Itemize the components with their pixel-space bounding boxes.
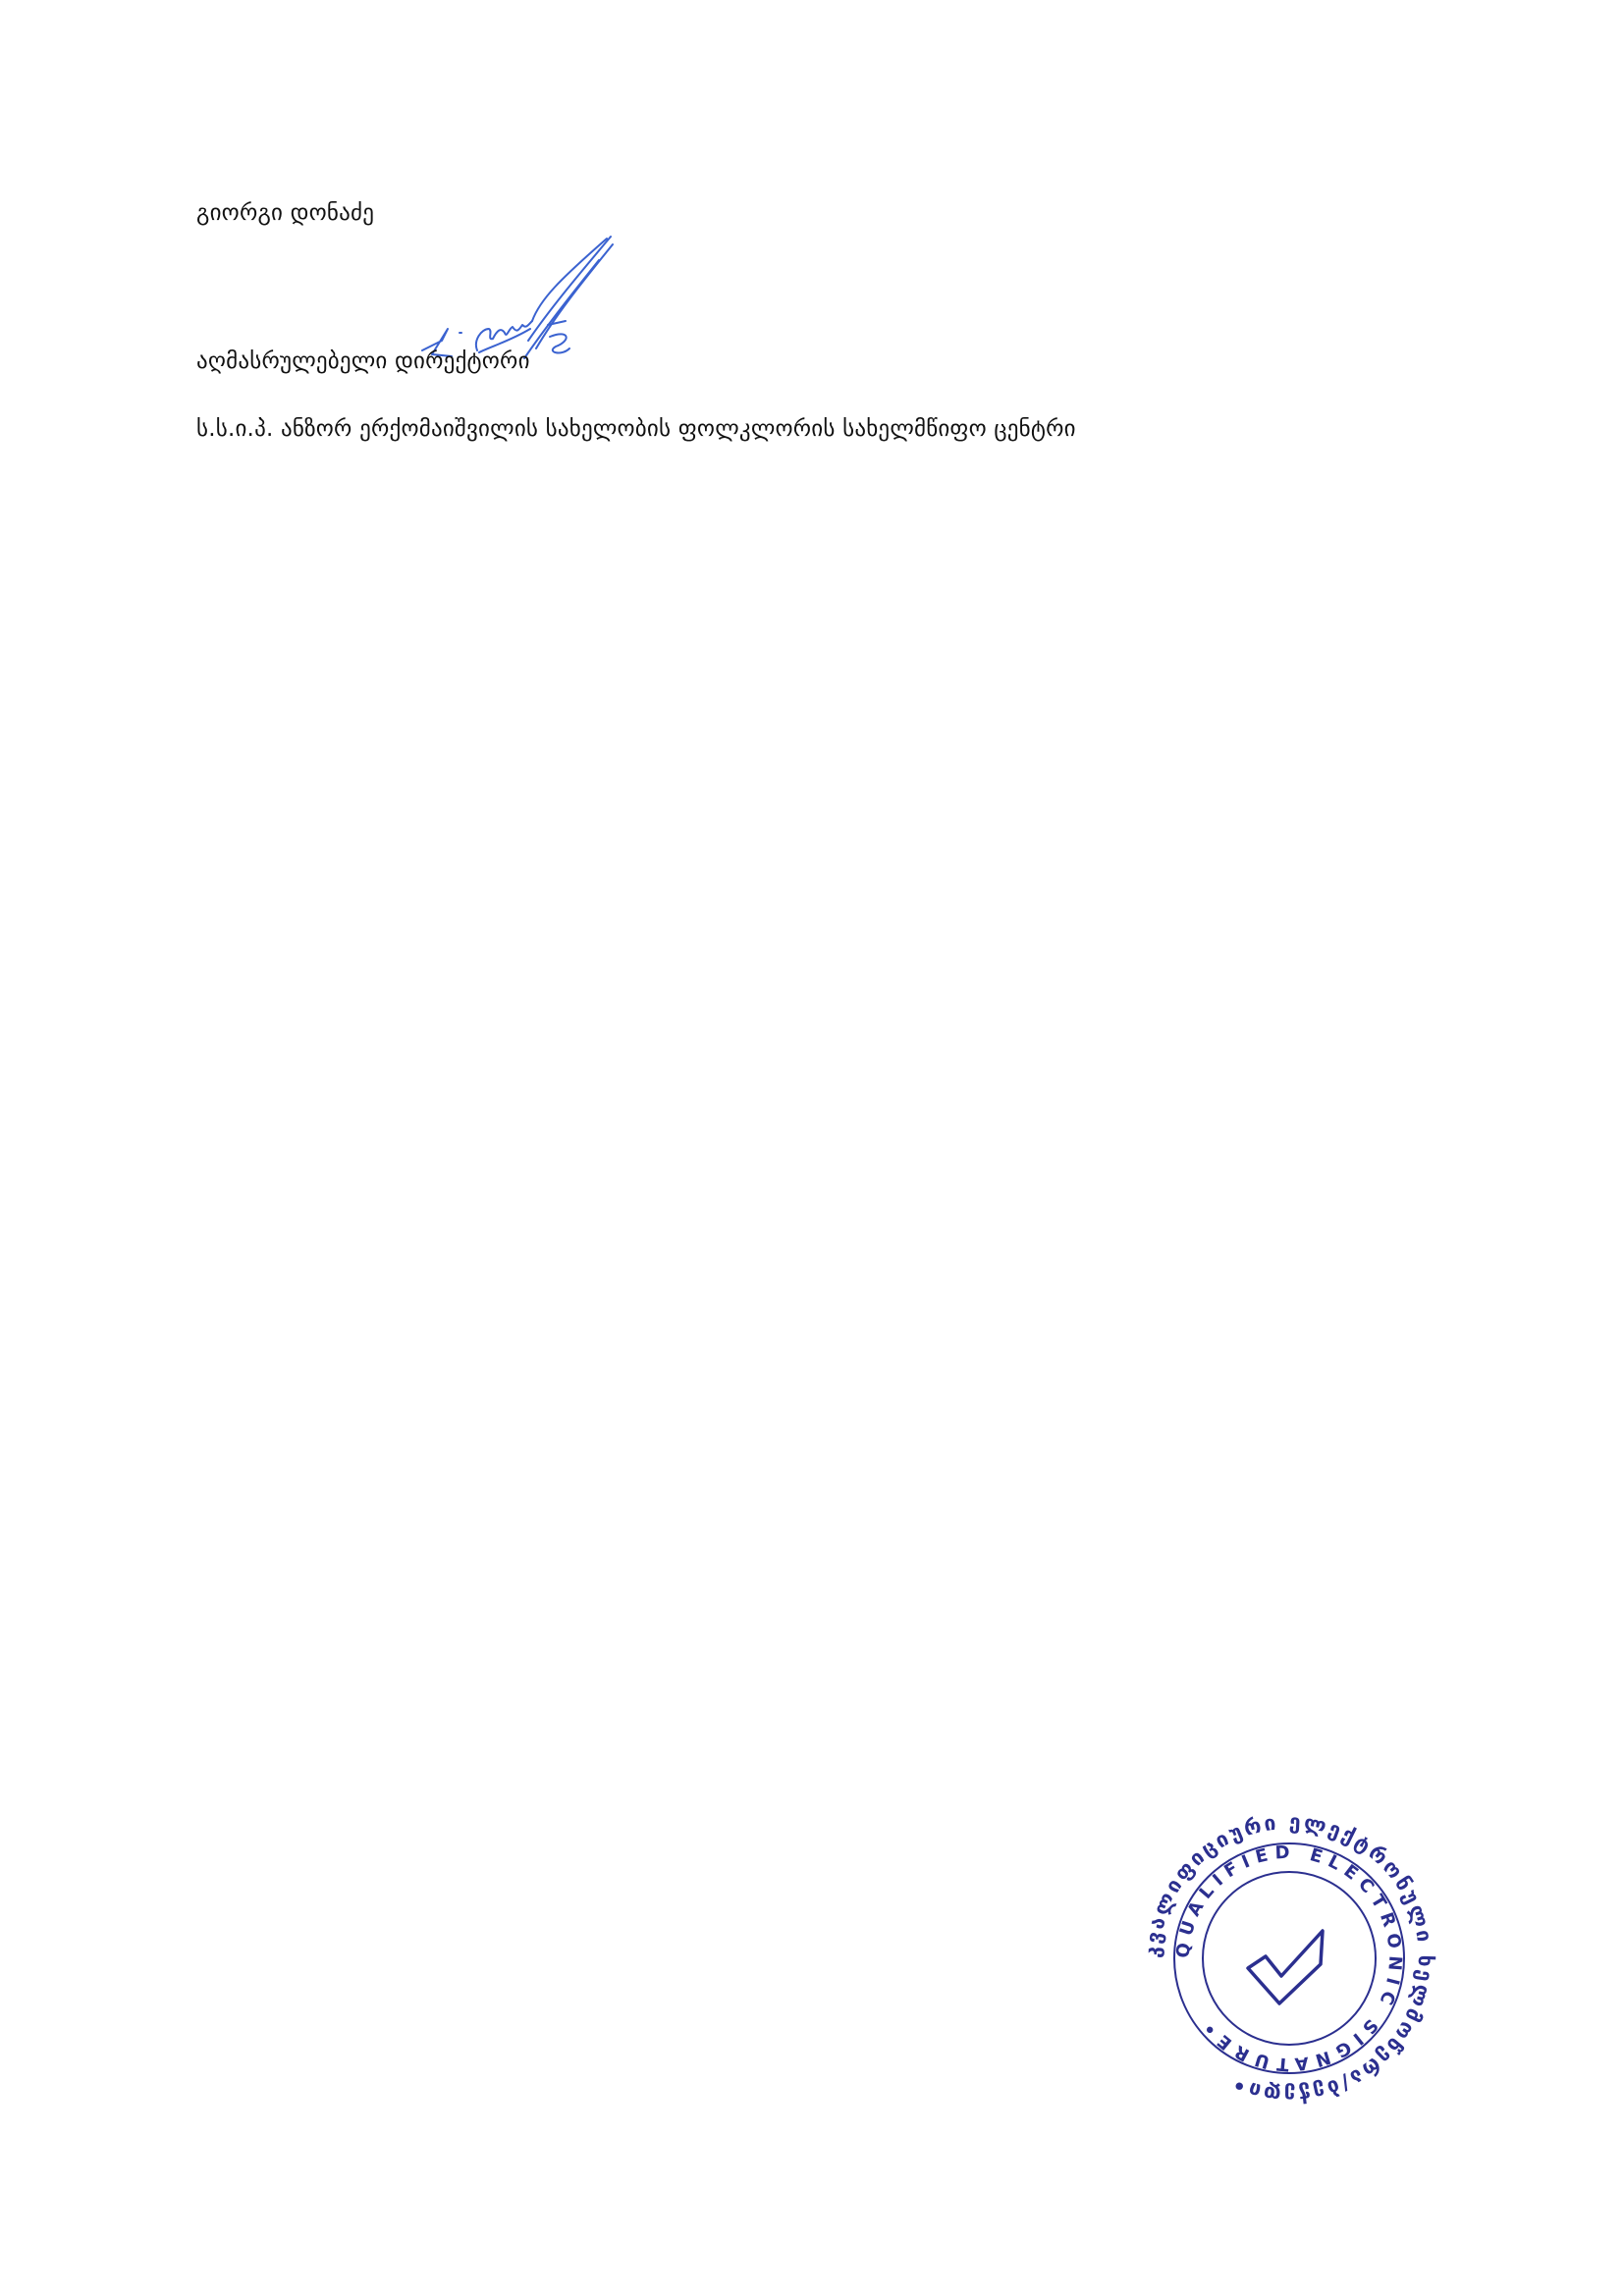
signer-title: აღმასრულებელი დირექტორი xyxy=(196,347,530,376)
organization-name: ს.ს.ი.პ. ანზორ ერქომაიშვილის სახელობის ფ… xyxy=(196,414,1076,444)
qualified-electronic-signature-stamp: კვალიფიციური ელექტრონული ხელმოწერა/ბეჭედ… xyxy=(1142,1811,1436,2106)
document-page: გიორგი დონაძე აღმასრულებელი დირექტორი xyxy=(0,0,1624,2296)
signer-name: გიორგი დონაძე xyxy=(196,198,374,228)
checkmark-icon xyxy=(1248,1931,1323,2003)
